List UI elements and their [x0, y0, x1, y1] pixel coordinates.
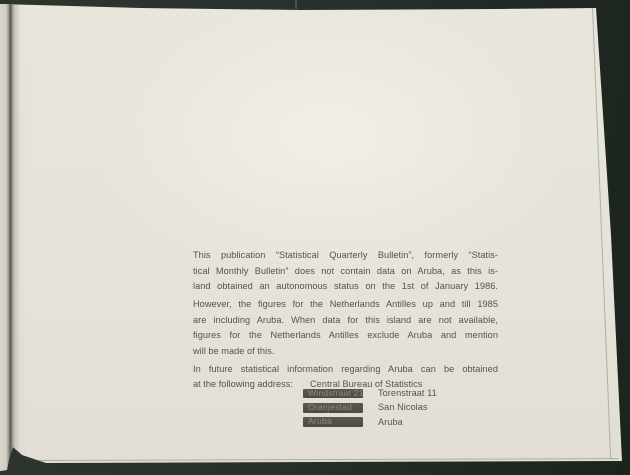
page-bottom-edge-line — [34, 458, 618, 461]
new-address-text: Aruba — [378, 417, 403, 427]
page-gutter-shadow — [0, 0, 20, 475]
paragraph-publication-note: This publication “Statistical Quarterly … — [193, 248, 498, 295]
text-line: However, the figures for the Netherlands… — [193, 297, 498, 313]
text-line: will be made of this. — [193, 344, 498, 360]
new-address-text: San Nicolas — [378, 402, 428, 412]
new-address-text: Torenstraat 11 — [378, 388, 437, 398]
text-line: land obtained an autonomous status on th… — [193, 279, 498, 295]
book-page: This publication “Statistical Quarterly … — [0, 0, 630, 475]
address-row: Windstraat 21 Torenstraat 11 — [303, 387, 503, 401]
scan-frame: This publication “Statistical Quarterly … — [0, 0, 630, 475]
address-row: Aruba Aruba — [303, 415, 503, 429]
address-columns: Windstraat 21 Torenstraat 11 Oranjestad … — [303, 387, 503, 430]
redaction-bar: Windstraat 21 — [303, 389, 363, 399]
text-line: figures for the Netherlands Antilles exc… — [193, 328, 498, 344]
old-address-text: Aruba — [303, 417, 363, 427]
old-address-text: Oranjestad — [303, 403, 363, 413]
cover-seam-line — [295, 0, 297, 9]
redaction-bar: Aruba — [303, 417, 363, 427]
text-line: In future statistical information regard… — [193, 362, 498, 378]
text-line: tical Monthly Bulletin” does not contain… — [193, 264, 498, 280]
address-row: Oranjestad San Nicolas — [303, 401, 503, 415]
address-label: at the following address: — [193, 379, 293, 389]
text-block: This publication “Statistical Quarterly … — [193, 248, 498, 395]
text-line: This publication “Statistical Quarterly … — [193, 248, 498, 264]
page-stack-edge-line — [592, 7, 612, 459]
redaction-bar: Oranjestad — [303, 403, 363, 413]
paragraph-figures-note: However, the figures for the Netherlands… — [193, 297, 498, 360]
old-address-text: Windstraat 21 — [303, 389, 363, 399]
text-line: are including Aruba. When data for this … — [193, 313, 498, 329]
